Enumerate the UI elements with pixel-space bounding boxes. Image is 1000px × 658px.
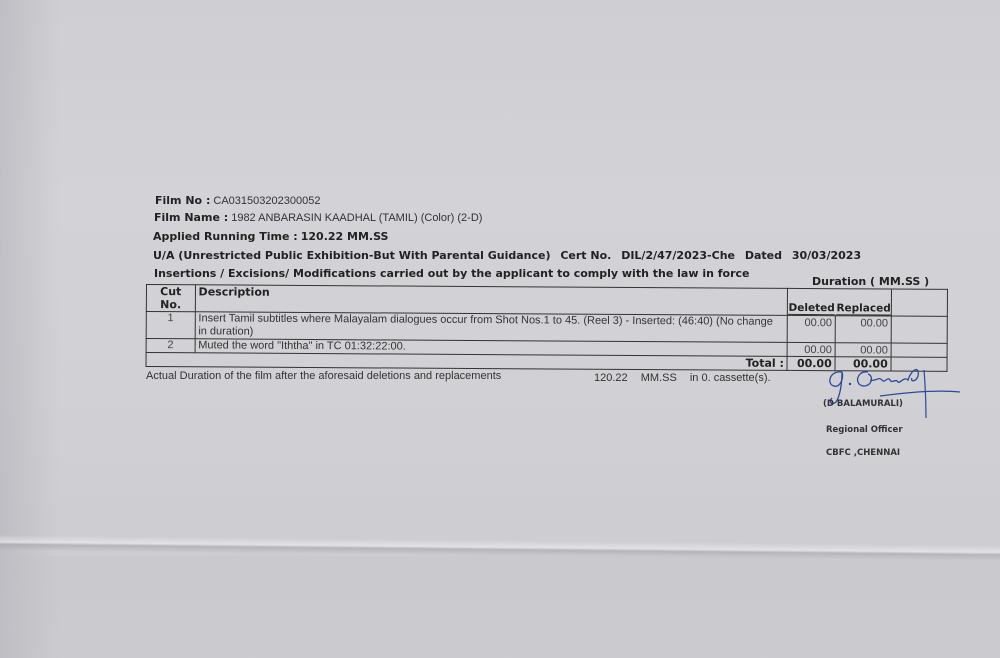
signatory-office: CBFC ,CHENNAI	[826, 448, 900, 458]
actual-duration-value: 120.22	[594, 372, 628, 384]
dated-label: Dated	[745, 249, 782, 262]
cuts-table: Cut No. Description 1 Insert Tamil subti…	[145, 284, 947, 372]
cert-no-label: Cert No.	[560, 249, 611, 262]
certificate-document: Film No : CA031503202300052 Film Name : …	[0, 0, 1000, 658]
actual-duration-unit: MM.SS	[641, 372, 677, 384]
duration-heading: Duration ( MM.SS )	[812, 275, 929, 288]
cassettes-text: in 0. cassette(s).	[690, 372, 771, 384]
running-time-line: Applied Running Time : 120.22 MM.SS	[153, 230, 388, 243]
cert-no-value: DIL/2/47/2023-Che	[621, 249, 735, 262]
film-name-value: 1982 ANBARASIN KAADHAL (TAMIL) (Color) (…	[231, 212, 482, 224]
film-name-label: Film Name :	[154, 211, 228, 224]
header-replaced: Replaced	[836, 302, 891, 315]
cut-deleted: 00.00	[787, 342, 835, 356]
certificate-line: U/A (Unrestricted Public Exhibition-But …	[153, 249, 867, 262]
cut-replaced-value: 00.00	[860, 317, 888, 329]
actual-duration-label: Actual Duration of the film after the af…	[146, 370, 501, 382]
dated-value: 30/03/2023	[792, 249, 861, 262]
film-no-label: Film No :	[155, 194, 210, 207]
cut-deleted: Deleted 00.00	[788, 315, 836, 342]
film-no-value: CA031503202300052	[213, 195, 320, 207]
cut-no: 1	[146, 312, 195, 339]
modifications-heading: Insertions / Excisions/ Modifications ca…	[154, 267, 750, 280]
film-name-line: Film Name : 1982 ANBARASIN KAADHAL (TAMI…	[154, 211, 482, 224]
header-cut-no: Cut No.	[146, 285, 195, 312]
certificate-category: U/A (Unrestricted Public Exhibition-But …	[153, 249, 551, 262]
cut-no: 2	[146, 339, 195, 353]
total-label: Total :	[146, 353, 787, 371]
signatory-name: (D BALAMURALI)	[823, 399, 903, 409]
header-description: Description	[195, 285, 788, 316]
cut-deleted-value: 00.00	[804, 317, 832, 329]
header-deleted: Deleted	[788, 302, 835, 315]
signature-icon	[820, 362, 965, 422]
running-time-label: Applied Running Time :	[153, 230, 298, 243]
cut-replaced: 00.00	[835, 343, 891, 357]
running-time-value: 120.22 MM.SS	[301, 230, 389, 243]
actual-duration-line: 120.22 MM.SS in 0. cassette(s).	[594, 372, 781, 384]
film-no-line: Film No : CA031503202300052	[155, 194, 320, 207]
cut-description: Insert Tamil subtitles where Malayalam d…	[195, 312, 788, 343]
signatory-title: Regional Officer	[826, 425, 903, 435]
cut-replaced: Replaced 00.00	[835, 316, 891, 343]
